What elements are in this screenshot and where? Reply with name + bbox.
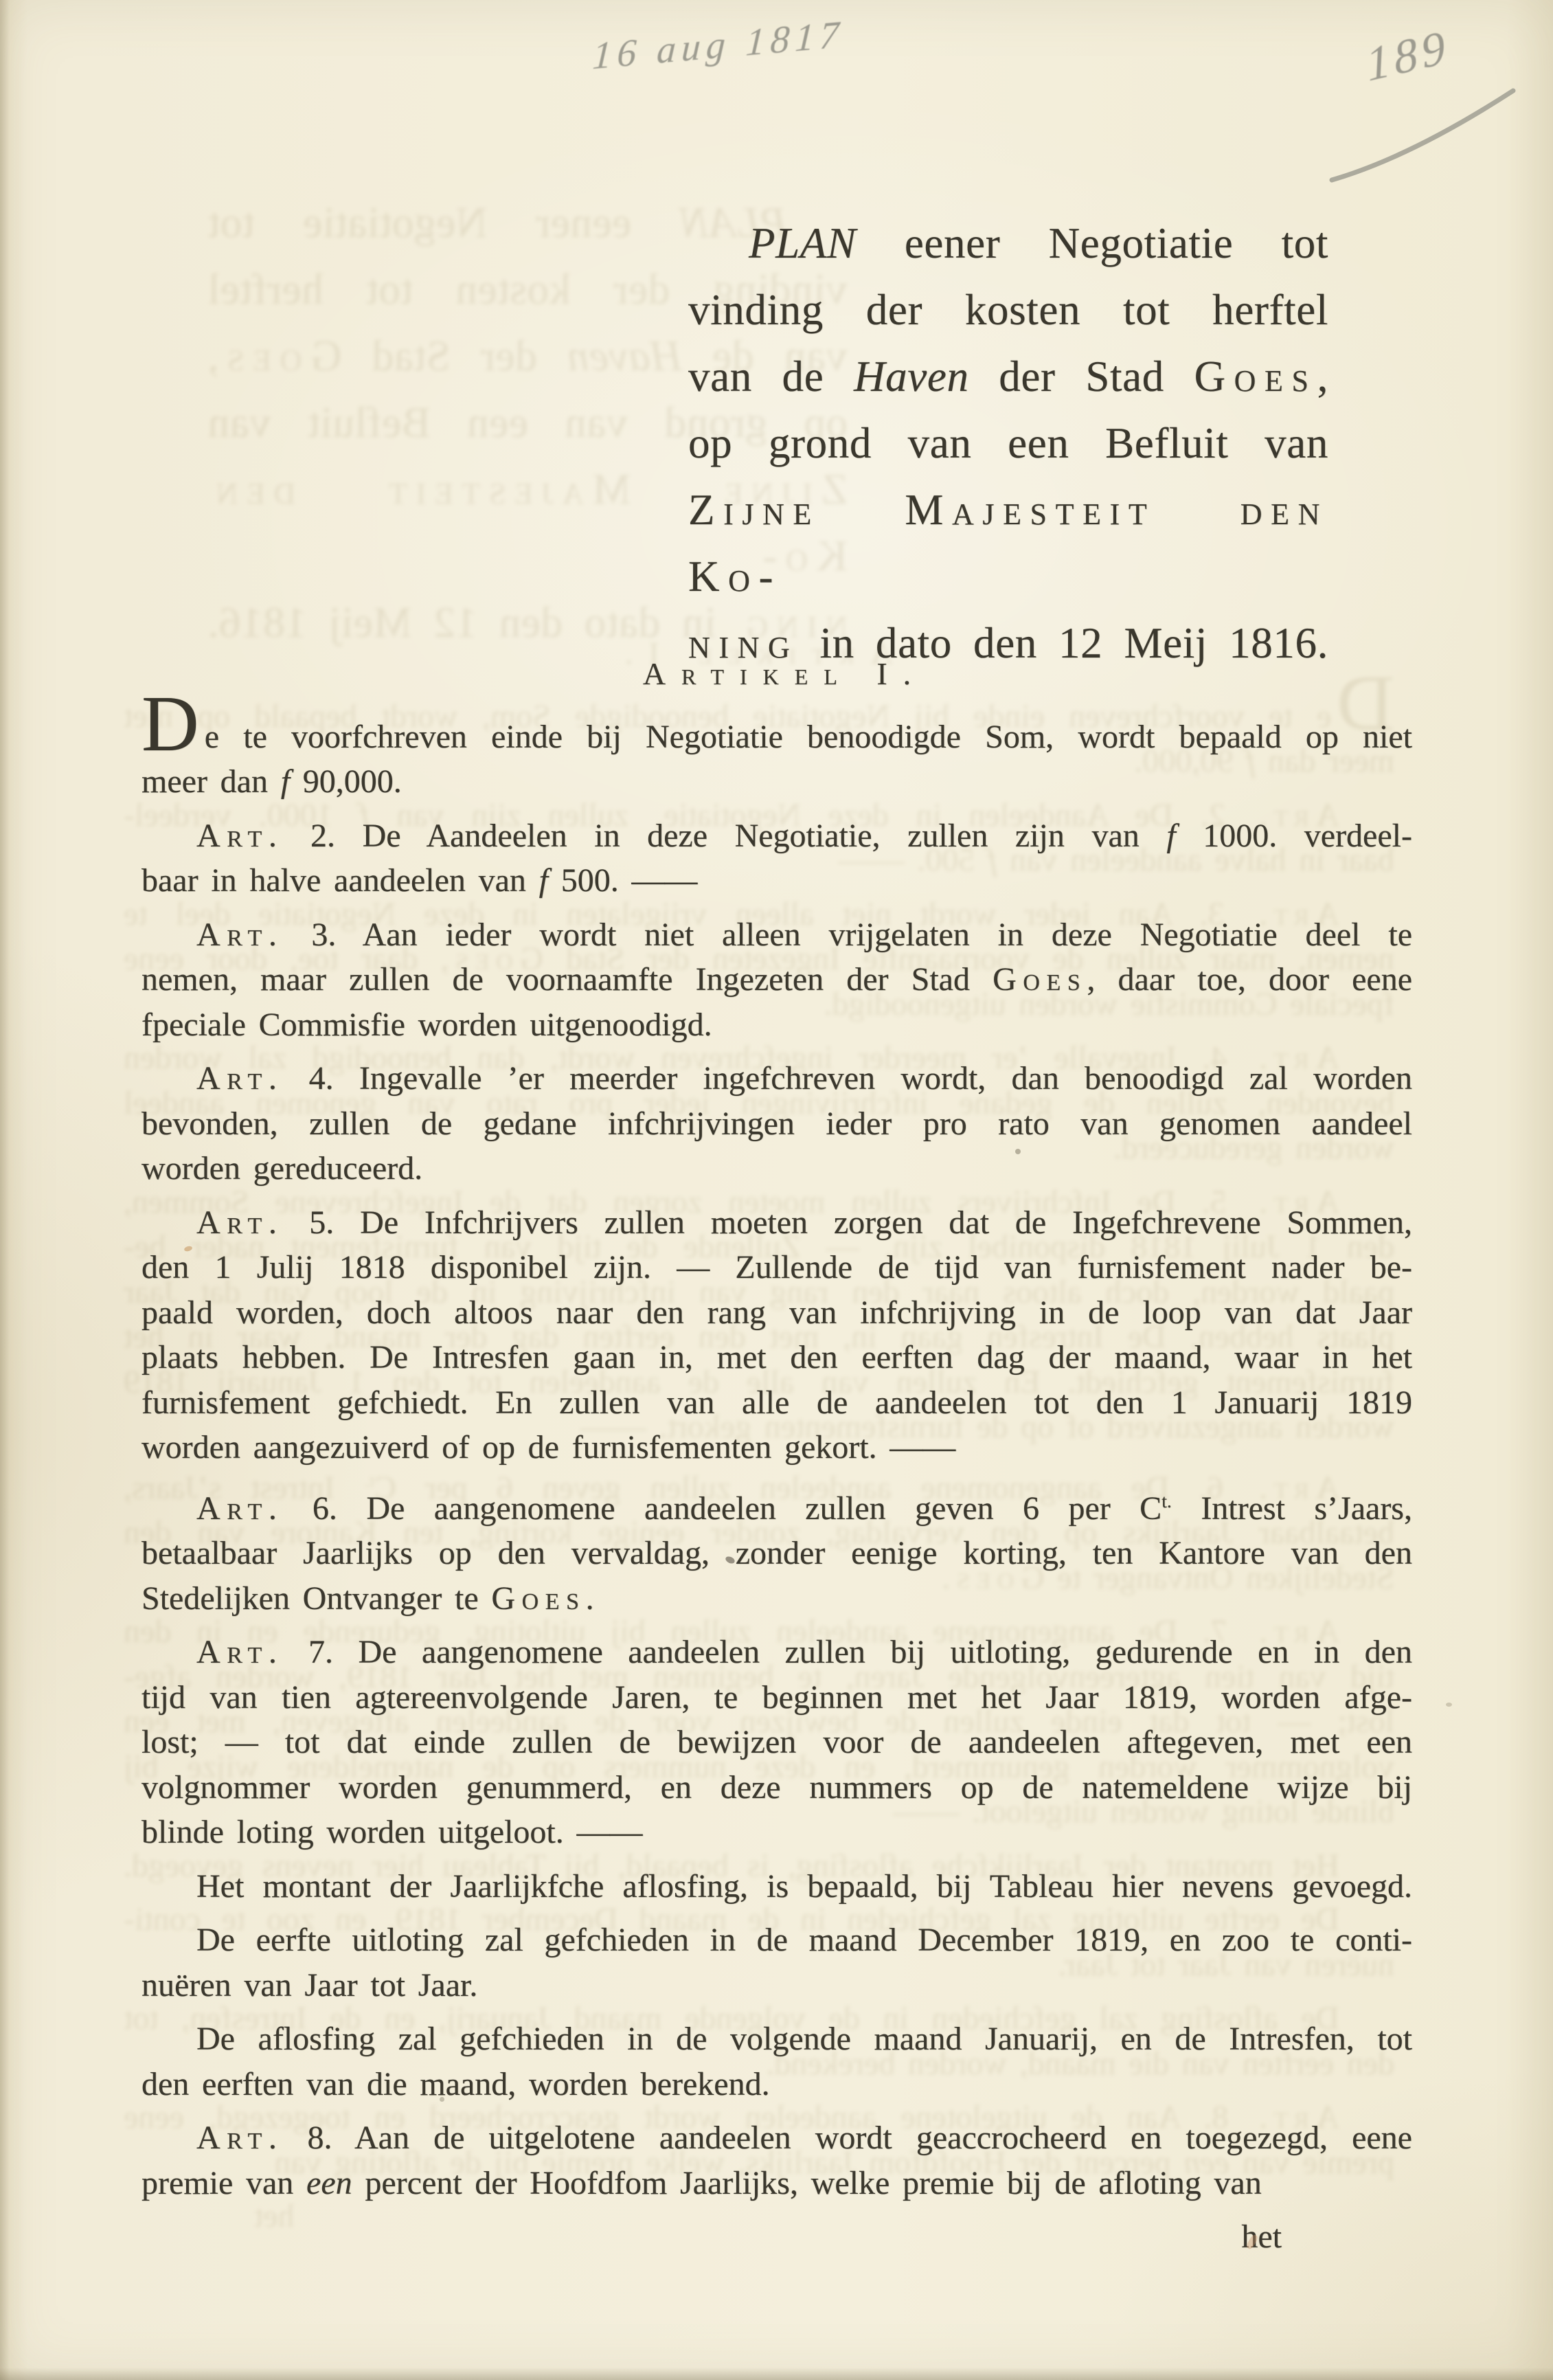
text-segment: , daar toe, door eene xyxy=(1087,961,1412,998)
text-segment: e te voorfchreven einde bij Negotiatie b… xyxy=(205,719,1412,755)
text-segment: 2. De Aandeelen in deze Negotiatie, zull… xyxy=(283,818,1166,854)
text-segment: plaats hebben. De Intresfen gaan in, met… xyxy=(141,1339,1412,1376)
text-segment: 4. Ingevalle ’er meerder ingefchreven wo… xyxy=(283,1060,1412,1097)
paragraph: Art. 8. Aan de uitgelotene aandeelen wor… xyxy=(141,2115,1412,2205)
text-segment: PLAN xyxy=(749,219,857,267)
text-segment: nemen, maar zullen de voornaamfte Ingeze… xyxy=(141,961,993,998)
text-segment: tijd van tien agtereenvolgende Jaren, te… xyxy=(141,1679,1412,1716)
text-line: Art. 3. Aan ieder wordt niet alleen vrij… xyxy=(141,912,1412,958)
paragraph: De aflosfing zal gefchieden in de volgen… xyxy=(141,2017,1412,2107)
paragraph: Art. 7. De aangenomene aandeelen zullen … xyxy=(141,1630,1412,1855)
text-segment: f xyxy=(281,763,290,800)
text-segment: bevonden, zullen de gedane infchrijvinge… xyxy=(141,1105,1412,1142)
text-segment: 8. Aan de uitgelotene aandeelen wordt ge… xyxy=(283,2120,1412,2156)
text-segment: Intrest s’Jaars, xyxy=(1172,1490,1412,1527)
text-segment: t. xyxy=(1161,1491,1172,1512)
text-line: Art. 4. Ingevalle ’er meerder ingefchrev… xyxy=(141,1056,1412,1101)
text-segment: Art. xyxy=(196,818,283,854)
paragraph: Art. 4. Ingevalle ’er meerder ingefchrev… xyxy=(141,1056,1412,1191)
catchword: het xyxy=(141,2214,1412,2260)
text-line: Stedelijken Ontvanger te Goes. xyxy=(141,1576,1412,1621)
text-line: volgnommer worden genummerd, en deze num… xyxy=(141,1765,1412,1810)
title-line: Zijne Majesteit den Ko- xyxy=(688,477,1328,610)
text-line: bevonden, zullen de gedane infchrijvinge… xyxy=(141,1101,1412,1147)
text-segment: der Stad xyxy=(969,352,1194,401)
text-segment: Stedelijken Ontvanger te xyxy=(141,1580,491,1617)
text-line: worden aangezuiverd of op de furnisfemen… xyxy=(141,1425,1412,1470)
text-line: De aflosfing zal gefchieden in de volgen… xyxy=(141,2017,1412,2062)
artikel-heading: Artikel I. xyxy=(141,651,1412,697)
text-segment: 6. De aangenomene aandeelen zullen geven… xyxy=(283,1490,1161,1527)
text-segment: percent der Hoofdfom Jaarlijks, welke pr… xyxy=(352,2165,1262,2201)
text-segment: volgnommer worden genummerd, en deze num… xyxy=(141,1769,1412,1806)
text-segment: het xyxy=(1241,2219,1282,2255)
paragraph: De eerfte uitloting zal gefchieden in de… xyxy=(141,1918,1412,2008)
text-segment: Goes xyxy=(1194,352,1317,401)
title-line: van de Haven der Stad Goes, xyxy=(688,344,1328,410)
paragraph: Het montant der Jaarlijkfche aflosfing, … xyxy=(141,1864,1412,1909)
text-segment: een xyxy=(306,2165,352,2201)
text-line: premie van een percent der Hoofdfom Jaar… xyxy=(141,2161,1412,2206)
text-line: Art. 5. De Infchrijvers zullen moeten zo… xyxy=(141,1200,1412,1246)
text-segment: baar in halve aandeelen van xyxy=(141,862,539,899)
text-line: Art. 6. De aangenomene aandeelen zullen … xyxy=(141,1479,1412,1531)
text-line: De eerfte uitloting zal gefchieden in de… xyxy=(141,1918,1412,1963)
text-line: Het montant der Jaarlijkfche aflosfing, … xyxy=(141,1864,1412,1909)
text-segment: Goes xyxy=(491,1580,585,1617)
text-line: De te voorfchreven einde bij Negotiatie … xyxy=(141,715,1412,760)
paragraph: De te voorfchreven einde bij Negotiatie … xyxy=(141,715,1412,805)
text-segment: den 1 Julij 1818 disponibel zijn. — Zull… xyxy=(141,1249,1412,1286)
text-segment: f xyxy=(1166,818,1175,854)
drop-cap: D xyxy=(141,680,199,768)
text-line: betaalbaar Jaarlijks op den vervaldag, z… xyxy=(141,1531,1412,1576)
text-segment: eener Negotiatie tot xyxy=(857,219,1328,267)
text-line: nemen, maar zullen de voornaamfte Ingeze… xyxy=(141,957,1412,1002)
text-line: lost; — tot dat einde zullen de bewijzen… xyxy=(141,1720,1412,1765)
text-line: den 1 Julij 1818 disponibel zijn. — Zull… xyxy=(141,1245,1412,1290)
text-line: nuëren van Jaar tot Jaar. xyxy=(141,1963,1412,2008)
document-body: Artikel I. De te voorfchreven einde bij … xyxy=(141,651,1412,2269)
text-segment: Art. xyxy=(196,917,283,953)
text-segment: Goes xyxy=(993,961,1087,998)
paragraph: het xyxy=(141,2214,1412,2260)
paper-speck xyxy=(1446,1703,1452,1707)
text-segment: worden gereduceerd. xyxy=(141,1150,422,1187)
text-segment: 5. De Infchrijvers zullen moeten zorgen … xyxy=(283,1204,1412,1241)
document-page: PLAN eener Negotiatie totvinding der kos… xyxy=(0,0,1553,2380)
paragraph: Art. 2. De Aandeelen in deze Negotiatie,… xyxy=(141,813,1412,903)
text-line: plaats hebben. De Intresfen gaan in, met… xyxy=(141,1335,1412,1380)
title-line: PLAN eener Negotiatie tot xyxy=(688,210,1328,277)
underline-flourish xyxy=(1322,76,1528,192)
paragraph: Art. 6. De aangenomene aandeelen zullen … xyxy=(141,1479,1412,1621)
text-line: Art. 2. De Aandeelen in deze Negotiatie,… xyxy=(141,813,1412,859)
text-line: worden gereduceerd. xyxy=(141,1146,1412,1191)
title-line: op grond van een Befluit van xyxy=(688,410,1328,477)
text-segment: blinde loting worden uitgeloot. —— xyxy=(141,1814,642,1850)
text-line: Art. 8. Aan de uitgelotene aandeelen wor… xyxy=(141,2115,1412,2161)
text-segment: 7. De aangenomene aandeelen zullen bij u… xyxy=(283,1634,1412,1670)
text-segment: van de xyxy=(688,352,854,401)
paper-speck xyxy=(1015,1149,1021,1154)
text-segment: De aflosfing zal gefchieden in de volgen… xyxy=(196,2021,1412,2057)
text-segment: Art. xyxy=(196,1204,283,1241)
handwritten-date-note: 16 aug 1817 xyxy=(591,12,846,79)
text-segment: paald worden, doch altoos naar den rang … xyxy=(141,1294,1412,1331)
text-segment: den eerften van die maand, worden bereke… xyxy=(141,2066,770,2102)
text-line: fpeciale Commisfie worden uitgenoodigd. xyxy=(141,1002,1412,1048)
document-title: PLAN eener Negotiatie totvinding der kos… xyxy=(688,210,1328,677)
text-segment: betaalbaar Jaarlijks op den vervaldag, z… xyxy=(141,1535,1412,1571)
text-line: tijd van tien agtereenvolgende Jaren, te… xyxy=(141,1675,1412,1720)
text-segment: Art. xyxy=(196,1490,283,1527)
text-segment: Art. xyxy=(196,1634,283,1670)
text-line: meer dan f 90,000. xyxy=(141,759,1412,805)
text-segment: f xyxy=(539,862,548,899)
text-segment: Het montant der Jaarlijkfche aflosfing, … xyxy=(196,1868,1412,1905)
text-segment: 90,000. xyxy=(290,763,402,800)
text-line: blinde loting worden uitgeloot. —— xyxy=(141,1810,1412,1855)
text-segment: , xyxy=(1317,352,1328,401)
paragraph: Art. 3. Aan ieder wordt niet alleen vrij… xyxy=(141,912,1412,1048)
paragraph: Art. 5. De Infchrijvers zullen moeten zo… xyxy=(141,1200,1412,1470)
text-segment: Art. xyxy=(196,1060,283,1097)
text-segment: De eerfte uitloting zal gefchieden in de… xyxy=(196,1922,1412,1958)
text-segment: fpeciale Commisfie worden uitgenoodigd. xyxy=(141,1007,712,1043)
text-line: paald worden, doch altoos naar den rang … xyxy=(141,1290,1412,1336)
title-line: vinding der kosten tot herftel xyxy=(688,277,1328,344)
text-segment: premie van xyxy=(141,2165,306,2201)
text-line: den eerften van die maand, worden bereke… xyxy=(141,2062,1412,2107)
text-segment: Art. xyxy=(196,2120,283,2156)
text-segment: Haven xyxy=(854,352,969,401)
text-segment: vinding der kosten tot herftel xyxy=(688,286,1328,334)
text-segment: meer dan xyxy=(141,763,281,800)
text-segment: Zijne Majesteit den Ko- xyxy=(688,486,1328,600)
text-segment: worden aangezuiverd of op de furnisfemen… xyxy=(141,1429,955,1466)
text-segment: 1000. verdeel- xyxy=(1176,818,1412,854)
text-segment: . xyxy=(586,1580,594,1617)
text-line: Art. 7. De aangenomene aandeelen zullen … xyxy=(141,1630,1412,1675)
text-segment: 3. Aan ieder wordt niet alleen vrijgelat… xyxy=(283,917,1412,953)
text-line: furnisfement gefchiedt. En zullen van al… xyxy=(141,1380,1412,1426)
text-segment: lost; — tot dat einde zullen de bewijzen… xyxy=(141,1724,1412,1760)
text-line: baar in halve aandeelen van f 500. —— xyxy=(141,858,1412,903)
paper-speck xyxy=(440,2097,444,2102)
text-segment: furnisfement gefchiedt. En zullen van al… xyxy=(141,1384,1412,1421)
text-segment: 500. —— xyxy=(548,862,697,899)
text-segment: nuëren van Jaar tot Jaar. xyxy=(141,1967,477,2003)
text-segment: op grond van een Befluit van xyxy=(688,419,1328,467)
